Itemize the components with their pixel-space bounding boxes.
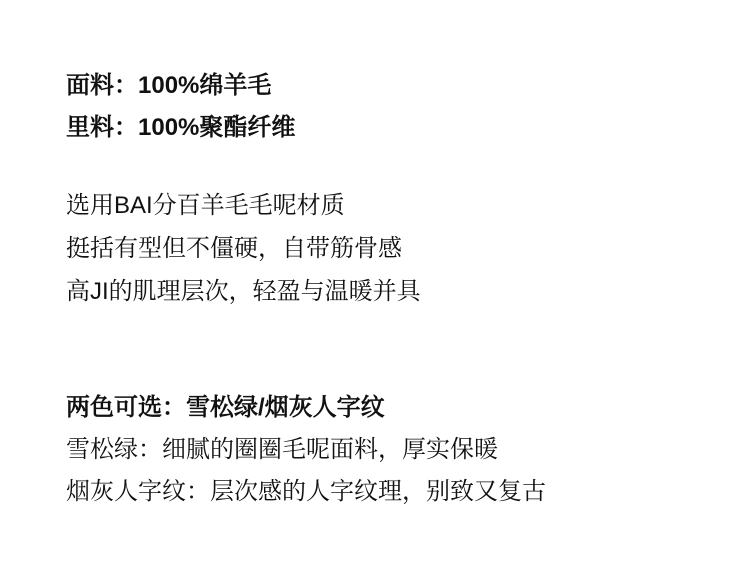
color-option-cedar-green-line: 雪松绿：细腻的圈圈毛呢面料，厚实保暖 — [66, 429, 710, 471]
material-composition-section: 面料：100%绵羊毛 里料：100%聚酯纤维 — [66, 65, 710, 149]
color-options-heading: 两色可选：雪松绿/烟灰人字纹 — [66, 387, 710, 429]
fabric-composition-line: 面料：100%绵羊毛 — [66, 65, 710, 107]
fabric-texture-line: 高JI的肌理层次，轻盈与温暖并具 — [66, 270, 710, 313]
fabric-structure-line: 挺括有型但不僵硬，自带筋骨感 — [66, 227, 710, 270]
color-option-smoke-grey-herringbone-line: 烟灰人字纹：层次感的人字纹理，别致又复古 — [66, 471, 710, 513]
lining-composition-line: 里料：100%聚酯纤维 — [66, 107, 710, 149]
product-description-page: 面料：100%绵羊毛 里料：100%聚酯纤维 选用BAI分百羊毛毛呢材质 挺括有… — [0, 0, 750, 579]
fabric-material-line: 选用BAI分百羊毛毛呢材质 — [66, 184, 710, 227]
color-options-section: 两色可选：雪松绿/烟灰人字纹 雪松绿：细腻的圈圈毛呢面料，厚实保暖 烟灰人字纹：… — [66, 387, 710, 513]
fabric-intro-section: 选用BAI分百羊毛毛呢材质 挺括有型但不僵硬，自带筋骨感 高JI的肌理层次，轻盈… — [66, 184, 710, 313]
